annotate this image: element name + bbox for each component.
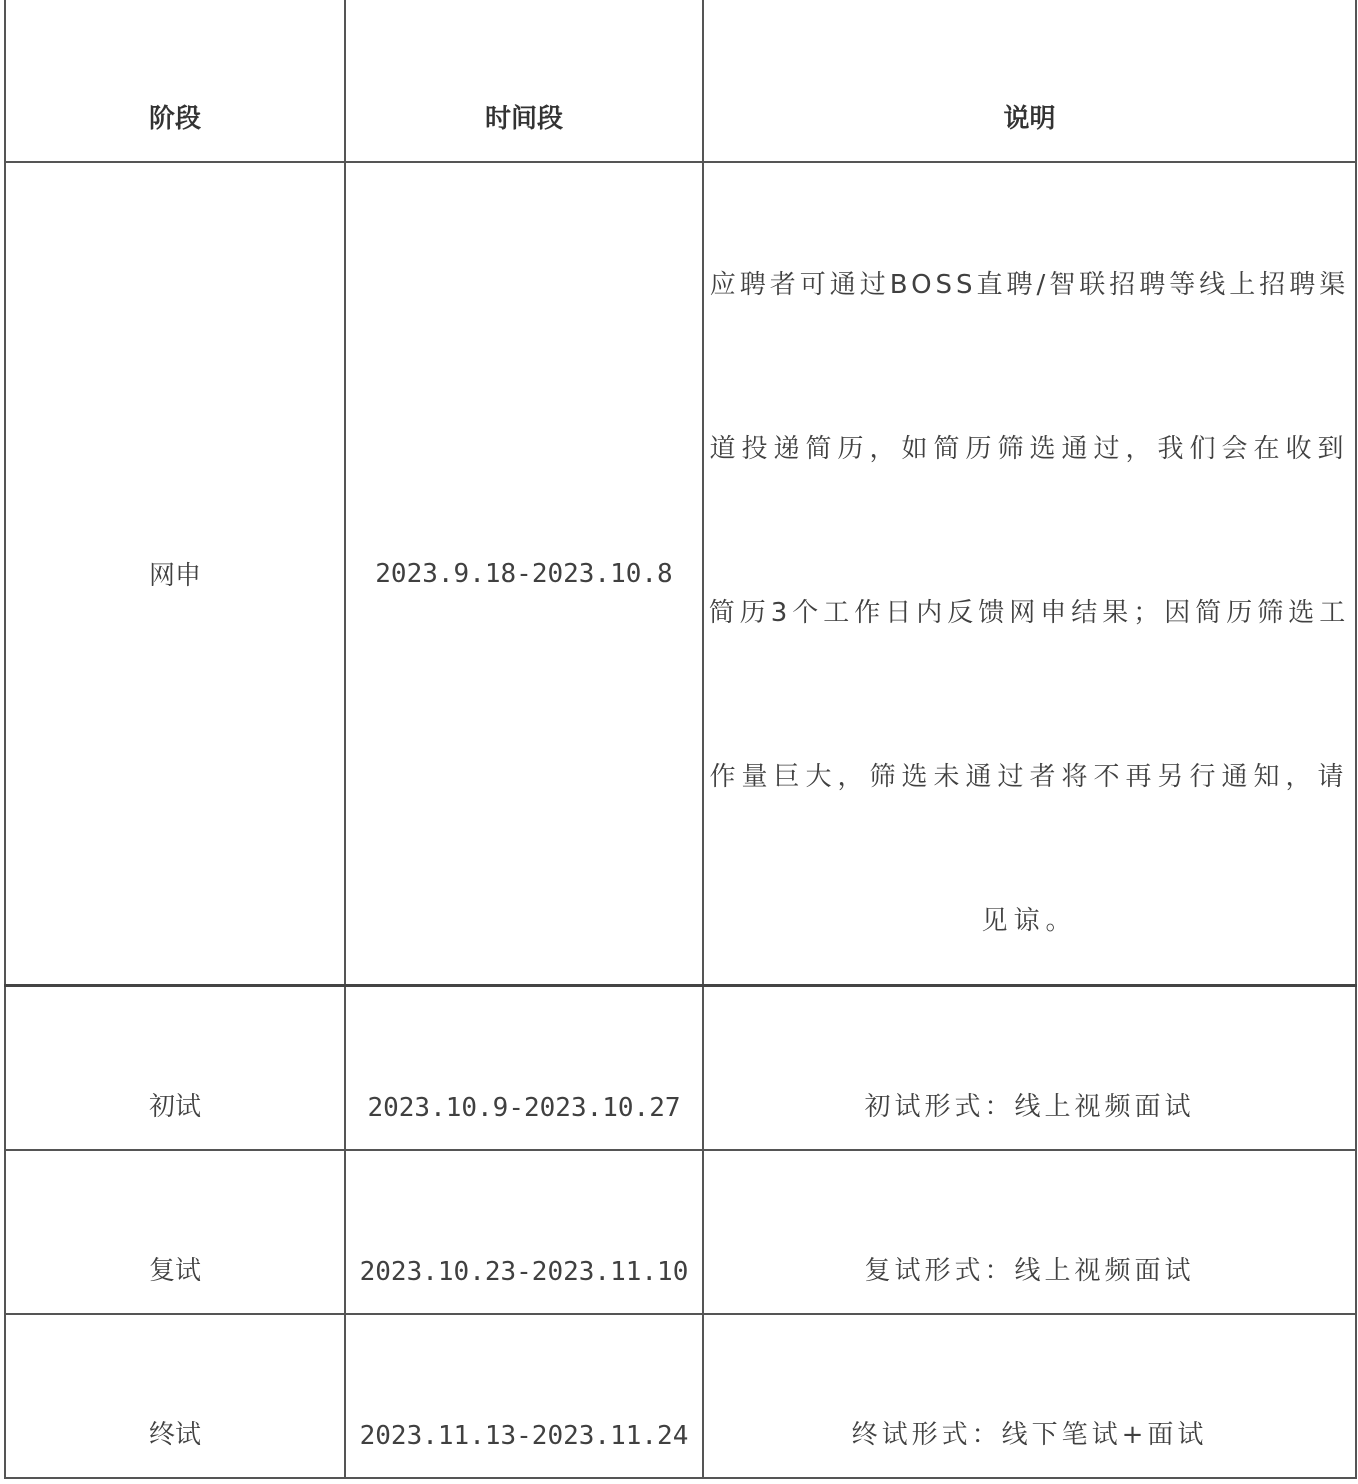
table-row: 初试 2023.10.9-2023.10.27 初试形式：线上视频面试 — [5, 986, 1356, 1150]
description-line: 应聘者可通过BOSS直聘/智联招聘等线上招聘渠 — [704, 203, 1355, 367]
description-line: 简历3个工作日内反馈网申结果；因简历筛选工 — [704, 531, 1355, 695]
description-cell: 复试形式：线上视频面试 — [703, 1150, 1356, 1314]
stage-cell: 终试 — [5, 1314, 345, 1478]
table-header-row: 阶段 时间段 说明 — [5, 0, 1356, 162]
description-line: 作量巨大，筛选未通过者将不再另行通知，请 — [704, 695, 1355, 859]
header-period: 时间段 — [345, 0, 703, 162]
description-cell: 终试形式：线下笔试+面试 — [703, 1314, 1356, 1478]
stage-cell: 初试 — [5, 986, 345, 1150]
stage-cell: 复试 — [5, 1150, 345, 1314]
stage-cell: 网申 — [5, 162, 345, 986]
description-cell: 应聘者可通过BOSS直聘/智联招聘等线上招聘渠 道投递简历，如简历筛选通过，我们… — [703, 162, 1356, 986]
header-stage: 阶段 — [5, 0, 345, 162]
period-cell: 2023.9.18-2023.10.8 — [345, 162, 703, 986]
header-description: 说明 — [703, 0, 1356, 162]
table-row: 复试 2023.10.23-2023.11.10 复试形式：线上视频面试 — [5, 1150, 1356, 1314]
recruitment-schedule-table: 阶段 时间段 说明 网申 2023.9.18-2023.10.8 应聘者可通过B… — [4, 0, 1357, 1479]
period-cell: 2023.10.9-2023.10.27 — [345, 986, 703, 1150]
table-row: 网申 2023.9.18-2023.10.8 应聘者可通过BOSS直聘/智联招聘… — [5, 162, 1356, 986]
description-line: 见谅。 — [704, 859, 1355, 984]
period-cell: 2023.11.13-2023.11.24 — [345, 1314, 703, 1478]
description-line: 道投递简历，如简历筛选通过，我们会在收到 — [704, 367, 1355, 531]
description-cell: 初试形式：线上视频面试 — [703, 986, 1356, 1150]
period-cell: 2023.10.23-2023.11.10 — [345, 1150, 703, 1314]
table-row: 终试 2023.11.13-2023.11.24 终试形式：线下笔试+面试 — [5, 1314, 1356, 1478]
